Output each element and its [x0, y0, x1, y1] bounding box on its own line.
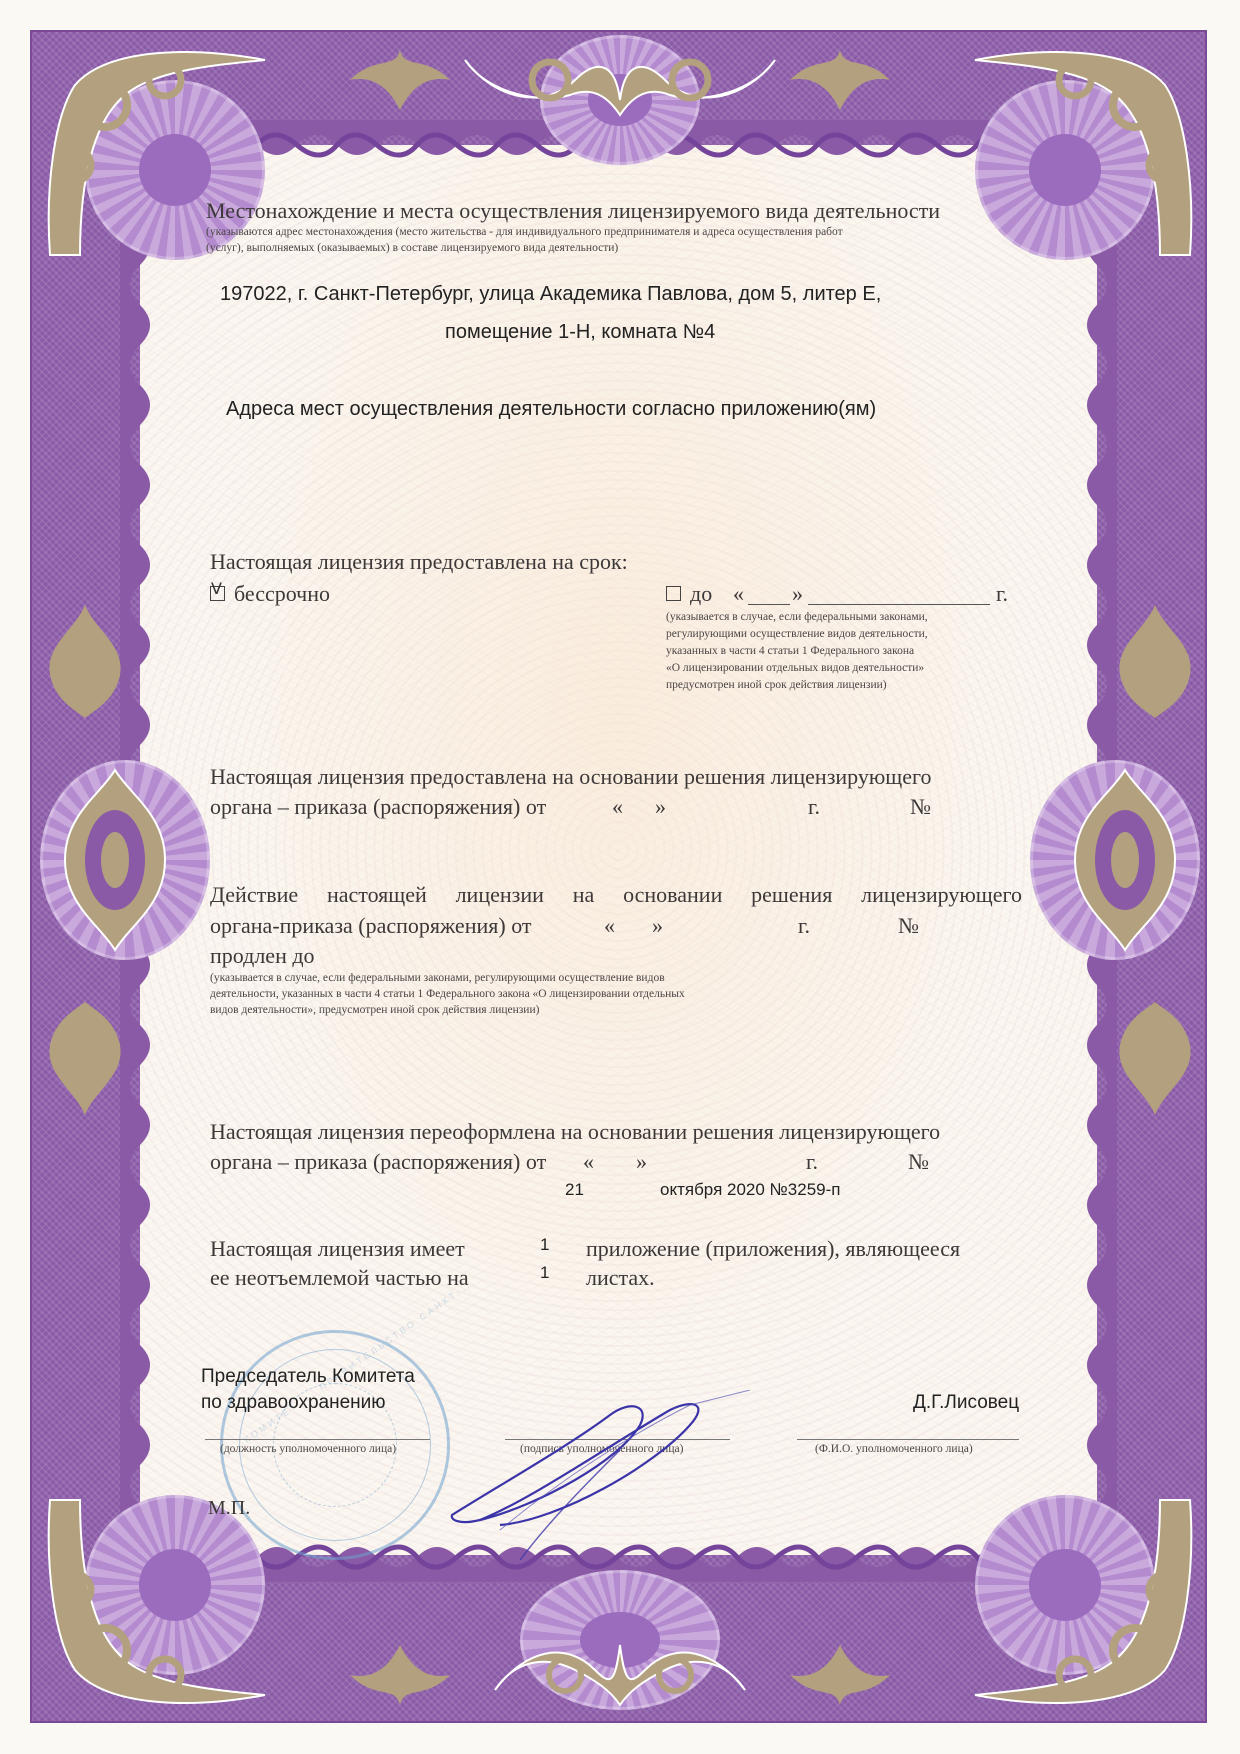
- until-month-year-field[interactable]: [808, 604, 990, 605]
- position-line: [205, 1439, 430, 1440]
- reissue-line1: Настоящая лицензия переоформлена на осно…: [210, 1119, 940, 1145]
- until-note-line3: указанных в части 4 статьи 1 Федеральног…: [666, 645, 914, 657]
- address-line1: 197022, г. Санкт-Петербург, улица Академ…: [220, 283, 881, 306]
- extension-line2-prefix: органа-приказа (распоряжения) от: [210, 913, 532, 939]
- reissue-number-sign: №: [908, 1149, 929, 1175]
- name-line: [797, 1439, 1019, 1440]
- position-title-line1: Председатель Комитета: [201, 1366, 415, 1388]
- until-label: до: [690, 581, 712, 607]
- basis-line2-prefix: органа – приказа (распоряжения) от: [210, 794, 546, 820]
- extension-year-suffix: г.: [798, 913, 810, 939]
- extension-quote-open: «: [604, 913, 615, 939]
- basis-number-sign: №: [910, 794, 931, 820]
- reissue-quote-open: «: [583, 1149, 594, 1175]
- addresses-appendix-note: Адреса мест осуществления деятельности с…: [226, 398, 876, 421]
- extension-note-line3: видов деятельности», предусмотрен иной с…: [210, 1004, 539, 1016]
- position-caption: (должность уполномоченного лица): [220, 1443, 396, 1455]
- reissue-year-suffix: г.: [806, 1149, 818, 1175]
- until-year-suffix: г.: [996, 581, 1008, 607]
- reissue-quote-close: »: [636, 1149, 647, 1175]
- extension-note-line1: (указывается в случае, если федеральными…: [210, 972, 665, 984]
- until-date-checkbox[interactable]: [666, 586, 681, 601]
- appendix-line1-prefix: Настоящая лицензия имеет: [210, 1236, 465, 1262]
- position-title-line2: по здравоохранению: [201, 1392, 386, 1414]
- extension-line1: Действие настоящей лицензии на основании…: [210, 882, 1022, 908]
- until-quote-open: «: [733, 581, 744, 607]
- signatory-name: Д.Г.Лисовец: [913, 1392, 1019, 1414]
- handwritten-signature: [440, 1390, 760, 1565]
- appendix-count: 1: [540, 1235, 549, 1255]
- extension-number-sign: №: [898, 913, 919, 939]
- extension-line3: продлен до: [210, 943, 315, 969]
- appendix-line2-prefix: ее неотъемлемой частью на: [210, 1265, 469, 1291]
- basis-quote-open: «: [612, 794, 623, 820]
- basis-year-suffix: г.: [808, 794, 820, 820]
- certificate-content: Местонахождение и места осуществления ли…: [0, 0, 1240, 1754]
- reissue-filled-day: 21: [565, 1180, 584, 1200]
- basis-quote-close: »: [655, 794, 666, 820]
- appendix-line1-suffix: приложение (приложения), являющееся: [586, 1236, 960, 1262]
- until-note-line2: регулирующими осуществление видов деятел…: [666, 628, 928, 640]
- checkmark-icon: V: [211, 579, 222, 598]
- reissue-filled-date-number: октября 2020 №3259-п: [660, 1180, 840, 1200]
- location-note-line1: (указываются адрес местонахождения (мест…: [206, 226, 843, 238]
- until-day-field[interactable]: [748, 604, 790, 605]
- seal-label: М.П.: [208, 1497, 250, 1520]
- location-heading: Местонахождение и места осуществления ли…: [206, 198, 1024, 224]
- until-quote-close: »: [792, 581, 803, 607]
- extension-note-line2: деятельности, указанных в части 4 статьи…: [210, 988, 685, 1000]
- indefinite-label: бессрочно: [234, 581, 330, 607]
- sheet-count: 1: [540, 1263, 549, 1283]
- reissue-line2-prefix: органа – приказа (распоряжения) от: [210, 1149, 546, 1175]
- term-heading: Настоящая лицензия предоставлена на срок…: [210, 549, 628, 575]
- extension-quote-close: »: [652, 913, 663, 939]
- appendix-line2-suffix: листах.: [586, 1265, 655, 1291]
- basis-line1: Настоящая лицензия предоставлена на осно…: [210, 764, 932, 790]
- address-line2: помещение 1-Н, комната №4: [445, 321, 715, 344]
- until-note-line5: предусмотрен иной срок действия лицензии…: [666, 679, 887, 691]
- name-caption: (Ф.И.О. уполномоченного лица): [815, 1443, 973, 1455]
- until-note-line1: (указывается в случае, если федеральными…: [666, 611, 928, 623]
- location-note-line2: (услуг), выполняемых (оказываемых) в сос…: [206, 242, 618, 254]
- until-note-line4: «О лицензировании отдельных видов деятел…: [666, 662, 924, 674]
